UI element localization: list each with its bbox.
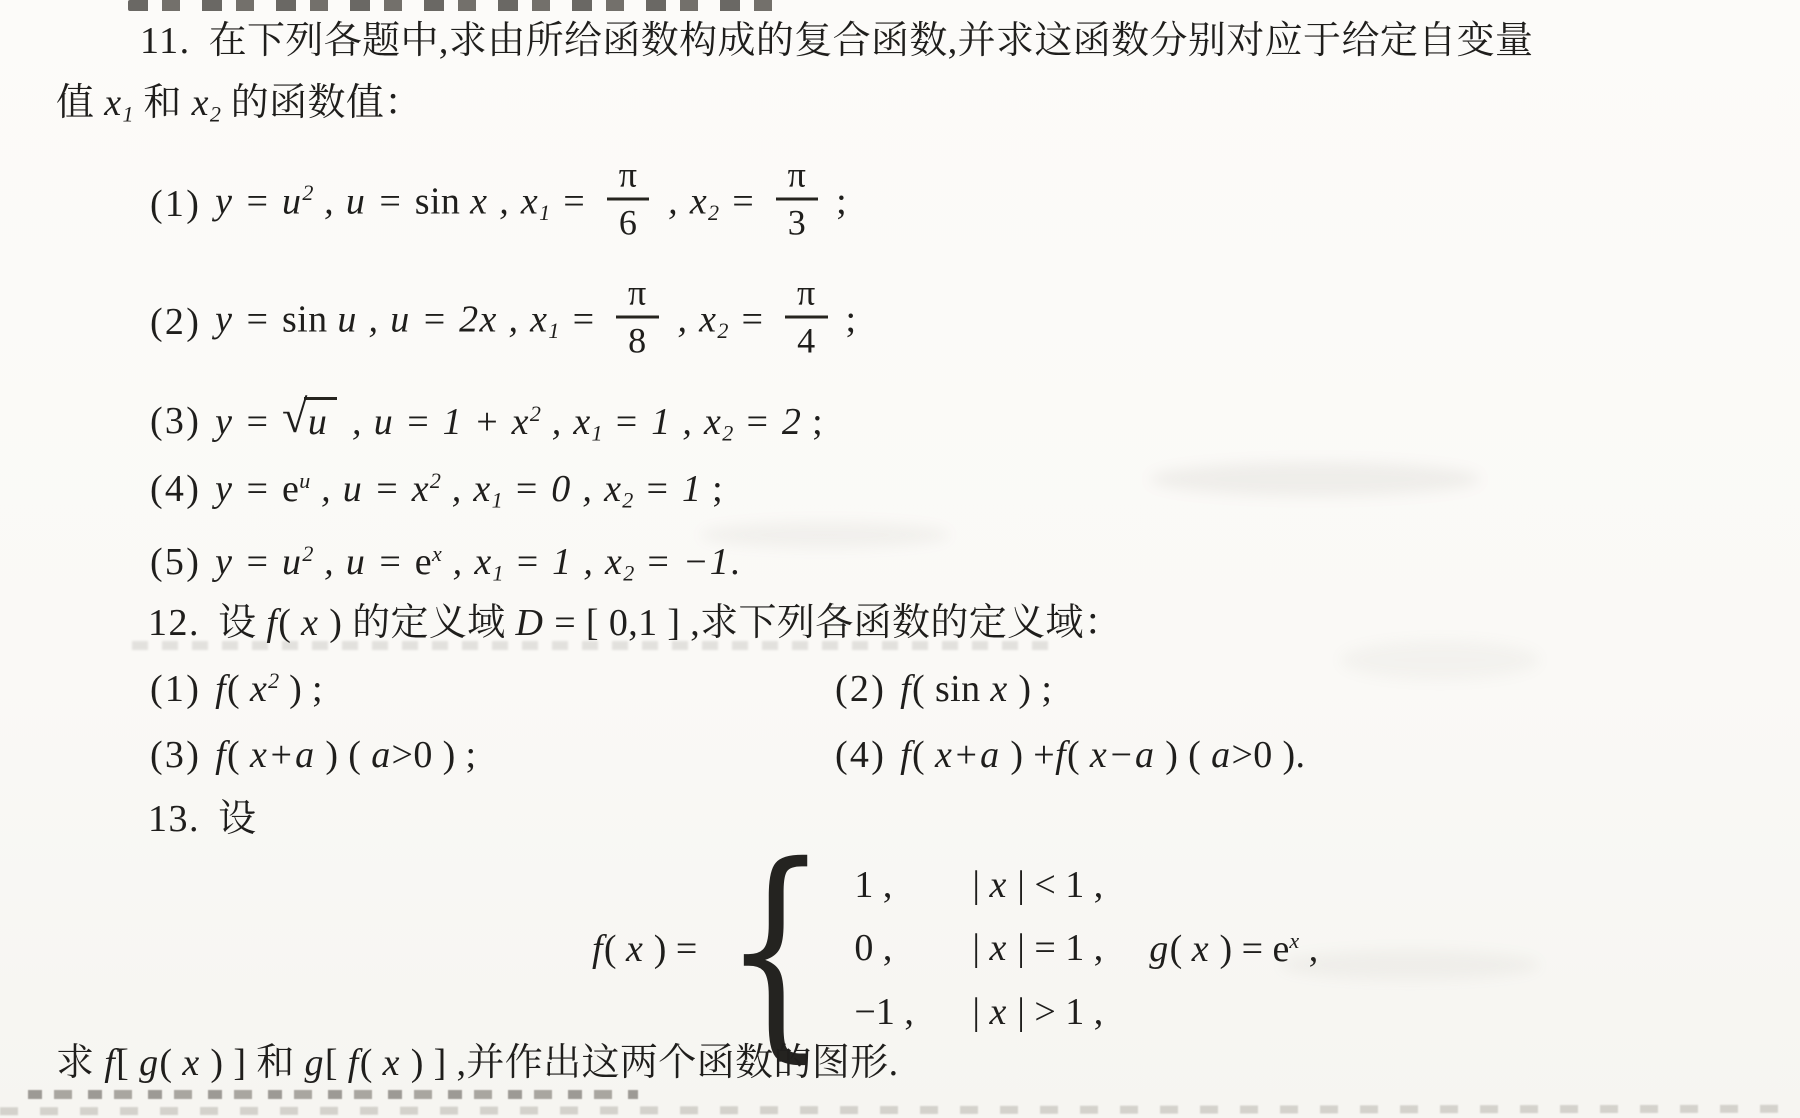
item-label: (2) <box>150 299 201 347</box>
problem-13-closing-line: 求 f[ g( x ) ] 和 g[ f( x ) ] ,并作出这两个函数的图形… <box>56 1040 898 1088</box>
item-formula: y = eu , u = x2 , x1 = 0 , x2 = 1 ; <box>215 466 723 514</box>
item-formula: f( x+a ) +f( x−a ) ( a>0 ). <box>900 732 1305 780</box>
problem-11-item-5: (5) y = u2 , u = ex , x1 = 1 , x2 = −1. <box>150 533 740 593</box>
item-label: (3) <box>150 732 201 780</box>
left-brace: { <box>724 856 828 1043</box>
problem-11-item-1: (1) y = u2 , u = sin x , x1 = π6 , x2 = … <box>150 150 847 260</box>
piecewise-row: 0 , | x | = 1 , <box>854 926 1103 972</box>
problem-11-item-2: (2) y = sin u , u = 2x , x1 = π8 , x2 = … <box>150 268 856 378</box>
item-label: (1) <box>150 666 201 714</box>
piecewise-row: 1 , | x | < 1 , <box>854 863 1103 909</box>
problem-11-intro-line-1: 11. 在下列各题中,求由所给函数构成的复合函数,并求这函数分别对应于给定自变量 <box>140 18 1533 66</box>
item-formula: f( x2 ) ; <box>215 666 323 714</box>
scan-smudge <box>1150 462 1480 496</box>
problem-11-item-3: (3) y = √u , u = 1 + x2 , x1 = 1 , x2 = … <box>150 390 823 454</box>
piecewise-rows: 1 , | x | < 1 , 0 , | x | = 1 , −1 , | x… <box>854 863 1103 1036</box>
piecewise-row: −1 , | x | > 1 , <box>854 990 1103 1036</box>
item-formula: y = √u , u = 1 + x2 , x1 = 1 , x2 = 2 ; <box>215 397 823 447</box>
problem-11-intro-text-2: 值 x1 和 x2 的函数值： <box>56 80 423 128</box>
scan-smudge <box>1280 950 1540 980</box>
piecewise-condition: | x | < 1 , <box>972 863 1103 909</box>
piecewise-condition: | x | > 1 , <box>972 990 1103 1036</box>
problem-12-item-3: (3) f( x+a ) ( a>0 ) ; <box>150 728 476 784</box>
textbook-scan-page: 11. 在下列各题中,求由所给函数构成的复合函数,并求这函数分别对应于给定自变量… <box>0 0 1800 1118</box>
problem-12-item-1: (1) f( x2 ) ; <box>150 662 323 718</box>
problem-13-head-text: 设 <box>218 796 256 844</box>
piecewise-condition: | x | = 1 , <box>972 926 1103 972</box>
item-formula: f( sin x ) ; <box>900 666 1052 714</box>
scan-smudge <box>1340 640 1540 680</box>
piecewise-function-definition: f( x ) = { 1 , | x | < 1 , 0 , | x | = 1… <box>592 858 1318 1040</box>
problem-11-item-4: (4) y = eu , u = x2 , x1 = 0 , x2 = 1 ; <box>150 460 723 520</box>
piecewise-value: 0 , <box>854 926 972 972</box>
problem-11-intro-text: 在下列各题中,求由所给函数构成的复合函数,并求这函数分别对应于给定自变量 <box>209 18 1534 66</box>
problem-12-item-4: (4) f( x+a ) +f( x−a ) ( a>0 ). <box>835 728 1305 784</box>
item-label: (2) <box>835 666 886 714</box>
problem-13-head: 13. 设 <box>148 796 256 844</box>
item-formula: y = u2 , u = ex , x1 = 1 , x2 = −1. <box>215 539 740 587</box>
item-label: (1) <box>150 181 201 229</box>
closing-text: 求 f[ g( x ) ] 和 g[ f( x ) ] ,并作出这两个函数的图形… <box>56 1040 898 1088</box>
item-formula: y = u2 , u = sin x , x1 = π6 , x2 = π3 ; <box>215 163 847 246</box>
item-formula: y = sin u , u = 2x , x1 = π8 , x2 = π4 ; <box>215 281 856 364</box>
item-label: (4) <box>150 466 201 514</box>
scan-smudge <box>700 522 950 548</box>
problem-11-number: 11. <box>140 18 191 66</box>
item-label: (5) <box>150 539 201 587</box>
piecewise-lhs: f( x ) = <box>592 927 697 971</box>
piecewise-value: 1 , <box>854 863 972 909</box>
piecewise-value: −1 , <box>854 990 972 1036</box>
bleed-through-ghost-text <box>132 641 1062 650</box>
problem-12-item-2: (2) f( sin x ) ; <box>835 662 1052 718</box>
item-label: (3) <box>150 398 201 446</box>
item-label: (4) <box>835 732 886 780</box>
clipped-text-fragments-bottom <box>28 1090 638 1099</box>
item-formula: f( x+a ) ( a>0 ) ; <box>215 732 476 780</box>
problem-11-intro-line-2: 值 x1 和 x2 的函数值： <box>56 80 423 128</box>
faint-bottom-line <box>0 1105 1800 1116</box>
problem-13-number: 13. <box>148 796 200 844</box>
clipped-text-fragments-top <box>128 0 788 11</box>
